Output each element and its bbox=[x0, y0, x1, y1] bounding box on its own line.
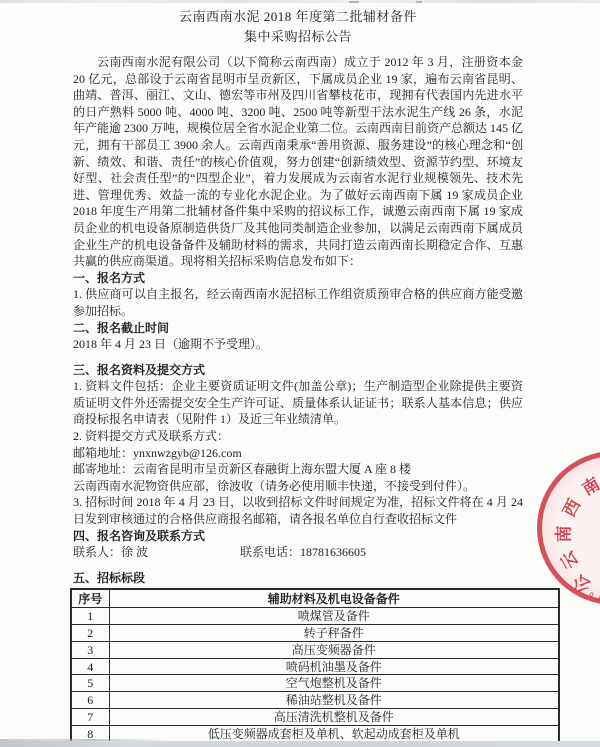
cell-item: 转子秤备件 bbox=[109, 624, 559, 641]
cell-item: 喷煤管及备件 bbox=[109, 607, 559, 624]
tender-lots-table: 序号 辅助材料及机电设备备件 1 喷煤管及备件 2 转子秤备件 3 高压变频器备… bbox=[70, 588, 560, 743]
document-title-block: 云南西南水泥 2018 年度第二批辅材备件 集中采购招标公告 bbox=[73, 7, 523, 47]
cell-no: 4 bbox=[71, 658, 109, 675]
document-title-line2: 集中采购招标公告 bbox=[73, 27, 523, 47]
cell-no: 2 bbox=[71, 624, 109, 641]
document-body: 云南西南水泥 2018 年度第二批辅材备件 集中采购招标公告 云南西南水泥有限公… bbox=[0, 0, 600, 744]
table-row: 4 喷码机油墨及备件 bbox=[71, 658, 559, 675]
section5-heading: 五、招标标段 bbox=[73, 570, 523, 587]
cell-no: 5 bbox=[71, 675, 109, 692]
cell-no: 3 bbox=[71, 641, 109, 658]
email-address-line: 邮箱地址：ynxnwzgyb@126.com bbox=[73, 445, 523, 462]
mailing-address-line: 邮寄地址：云南省昆明市呈贡新区春融街上海东盟大厦 A 座 8 楼 bbox=[73, 461, 523, 478]
section2-deadline: 2018 年 4 月 23 日（逾期不予受理）。 bbox=[73, 336, 523, 353]
cell-item: 高压变频器备件 bbox=[109, 641, 559, 658]
contact-person: 联系人：徐 波 bbox=[73, 544, 148, 561]
table-row: 6 稀油站整机及备件 bbox=[71, 692, 559, 709]
cell-item: 空气炮整机及备件 bbox=[109, 675, 559, 692]
section3-materials-text: 1. 资料文件包括：企业主要资质证明文件(加盖公章)；生产制造型企业除提供主要资… bbox=[73, 378, 523, 428]
scan-artifact-bottom-edge bbox=[0, 741, 600, 747]
table-header-row: 序号 辅助材料及机电设备备件 bbox=[71, 589, 559, 607]
table-row: 5 空气炮整机及备件 bbox=[71, 675, 559, 692]
cell-item: 低压变频器成套柜及单机、软起动成套柜及单机 bbox=[109, 726, 559, 743]
seal-character: 南 bbox=[550, 526, 575, 543]
section1-heading: 一、报名方式 bbox=[73, 270, 523, 287]
cell-item: 稀油站整机及备件 bbox=[109, 692, 559, 709]
section3-heading: 三、报名资料及提交方式 bbox=[73, 362, 523, 379]
header-cell-item: 辅助材料及机电设备备件 bbox=[109, 589, 559, 607]
contact-row: 联系人：徐 波 联系电话：18781636605 bbox=[73, 544, 523, 561]
seal-character: 云 bbox=[553, 548, 583, 575]
cell-no: 1 bbox=[71, 607, 109, 624]
seal-character: 南 bbox=[576, 470, 600, 500]
cell-no: 7 bbox=[71, 709, 109, 726]
table-row: 7 高压清洗机整机及备件 bbox=[71, 709, 559, 726]
blank-line bbox=[73, 353, 523, 362]
section4-heading: 四、报名咨询及联系方式 bbox=[73, 528, 523, 545]
receiver-line: 云南西南水泥物资供应部，徐波收（请务必使用顺丰快递，不接受到付件）。 bbox=[73, 478, 523, 495]
table-row: 3 高压变频器备件 bbox=[71, 641, 559, 658]
section3-submit-text: 2. 资料提交方式及联系方式： bbox=[73, 428, 523, 445]
header-cell-no: 序号 bbox=[71, 589, 109, 607]
section2-heading: 二、报名截止时间 bbox=[73, 320, 523, 337]
contact-phone: 联系电话：18781636605 bbox=[240, 544, 366, 561]
table-row: 1 喷煤管及备件 bbox=[71, 607, 559, 624]
section1-text: 1. 供应商可以自主报名，经云南西南水泥招标工作组资质预审合格的供应商方能受邀参… bbox=[73, 286, 523, 319]
cell-item: 喷码机油墨及备件 bbox=[109, 658, 559, 675]
document-title-line1: 云南西南水泥 2018 年度第二批辅材备件 bbox=[73, 7, 523, 27]
cell-no: 6 bbox=[71, 692, 109, 709]
intro-paragraph: 云南西南水泥有限公司（以下简称云南西南）成立于 2012 年 3 月，注册资本金… bbox=[73, 54, 523, 270]
seal-character: 西 bbox=[555, 494, 585, 521]
section3-time-text: 3. 招标时间 2018 年 4 月 23 日，以收到招标文件时间规定为准，招标… bbox=[73, 494, 523, 527]
scanned-document-page: 云南西南水泥 2018 年度第二批辅材备件 集中采购招标公告 云南西南水泥有限公… bbox=[0, 0, 600, 747]
cell-item: 高压清洗机整机及备件 bbox=[109, 709, 559, 726]
blank-line bbox=[73, 561, 523, 570]
table-row: 2 转子秤备件 bbox=[71, 624, 559, 641]
